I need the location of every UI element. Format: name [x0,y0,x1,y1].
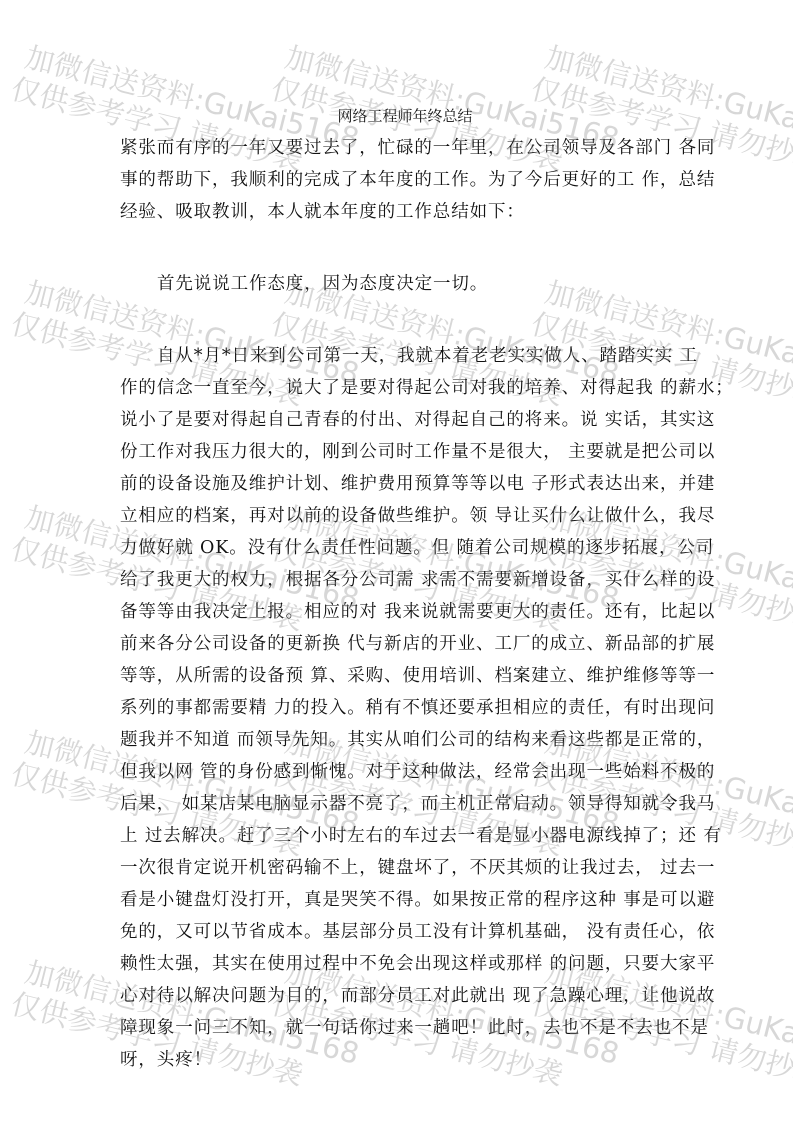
text-line: 立相应的档案，再对以前的设备做些维护。领 导让买什么让做什么，我尽 [120,500,676,532]
text-line: 经验、吸取教训，本人就本年度的工作总结如下： [120,196,676,228]
text-line: 备等等由我决定上报。相应的对 我来说就需要更大的责任。还有，比起以 [120,596,676,628]
paragraph-intro: 紧张而有序的一年又要过去了，忙碌的一年里，在公司领导及各部门 各同 事的帮助下，… [120,132,676,228]
text-line: 上 过去解决。赶了三个小时左右的车过去一看是显小器电源线掉了；还 有 [120,820,676,852]
paragraph-gap [120,300,676,340]
text-line: 看是小键盘灯没打开，真是哭笑不得。如果按正常的程序这种 事是可以避 [120,884,676,916]
document-body: 网络工程师年终总结 紧张而有序的一年又要过去了，忙碌的一年里，在公司领导及各部门… [120,100,676,1076]
text-line: 题我并不知道 而领导先知。其实从咱们公司的结构来看这些都是正常的， [120,724,676,756]
text-line: 份工作对我压力很大的，刚到公司时工作量不是很大， 主要就是把公司以 [120,436,676,468]
text-line: 力做好就 OK。没有什么责任性问题。但 随着公司规模的逐步拓展，公司 [120,532,676,564]
text-line: 首先说说工作态度，因为态度决定一切。 [120,268,676,300]
text-line: 免的，又可以节省成本。基层部分员工没有计算机基础， 没有责任心，依 [120,916,676,948]
paragraph-experience: 自从*月*日来到公司第一天，我就本着老老实实做人、踏踏实实 工 作的信念一直至今… [120,340,676,1076]
text-line: 等等，从所需的设备预 算、采购、使用培训、档案建立、维护维修等等一 [120,660,676,692]
text-line: 后果， 如某店某电脑显示器不亮了，而主机正常启动。领导得知就令我马 [120,788,676,820]
text-line: 但我以网 管的身份感到惭愧。对于这种做法，经常会出现一些始料不极的 [120,756,676,788]
text-line: 系列的事都需要精 力的投入。稍有不慎还要承担相应的责任，有时出现问 [120,692,676,724]
text-line: 自从*月*日来到公司第一天，我就本着老老实实做人、踏踏实实 工 [120,340,676,372]
text-line: 一次很肯定说开机密码输不上，键盘坏了，不厌其烦的让我过去， 过去一 [120,852,676,884]
text-line: 赖性太强，其实在使用过程中不免会出现这样或那样 的问题，只要大家平 [120,948,676,980]
text-line: 心对待以解决问题为目的，而部分员工对此就出 现了急躁心理，让他说故 [120,980,676,1012]
paragraph-gap [120,228,676,268]
text-line: 紧张而有序的一年又要过去了，忙碌的一年里，在公司领导及各部门 各同 [120,132,676,164]
text-line: 前来各分公司设备的更新换 代与新店的开业、工厂的成立、新品部的扩展 [120,628,676,660]
text-line: 事的帮助下，我顺利的完成了本年度的工作。为了今后更好的工 作，总结 [120,164,676,196]
text-line: 说小了是要对得起自己青春的付出、对得起自己的将来。说 实话，其实这 [120,404,676,436]
text-line: 给了我更大的权力，根据各分公司需 求需不需要新增设备，买什么样的设 [120,564,676,596]
text-line: 作的信念一直至今，说大了是要对得起公司对我的培养、对得起我 的薪水； [120,372,676,404]
document-page: 网络工程师年终总结 紧张而有序的一年又要过去了，忙碌的一年里，在公司领导及各部门… [0,0,793,1122]
text-line: 障现象一问三不知，就一句话你过来一趟吧！此时，去也不是不去也不是 [120,1012,676,1044]
text-line: 前的设备设施及维护计划、维护费用预算等等以电 子形式表达出来，并建 [120,468,676,500]
document-title: 网络工程师年终总结 [134,100,676,132]
text-line: 呀，头疼！ [120,1044,676,1076]
paragraph-attitude: 首先说说工作态度，因为态度决定一切。 [120,268,676,300]
